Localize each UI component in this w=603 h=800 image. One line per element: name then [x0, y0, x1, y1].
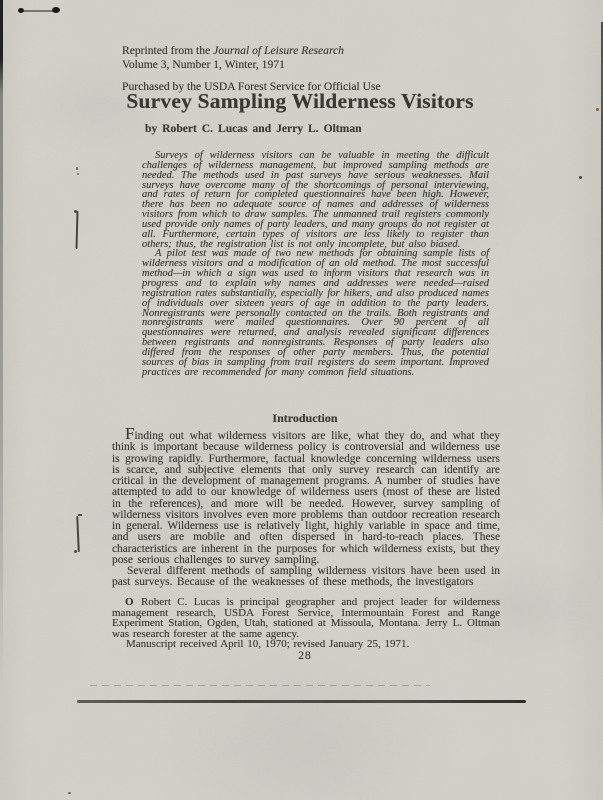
margin-pen-stroke-lower	[76, 516, 80, 552]
manuscript-line: Manuscript received April 10, 1970; revi…	[112, 639, 500, 650]
abstract: Surveys of wilderness visitors can be va…	[142, 151, 489, 377]
pen-dot-topleft-b	[52, 7, 60, 13]
footnote: O Robert C. Lucas is principal geographe…	[112, 597, 500, 650]
page-number: 28	[110, 650, 500, 662]
pen-dash-topleft	[23, 10, 53, 12]
scanned-journal-page: Reprinted from the Journal of Leisure Re…	[0, 0, 603, 800]
page-bottom-faint-line	[90, 685, 430, 686]
footnote-text: Robert C. Lucas is principal geographer …	[112, 596, 500, 640]
abstract-paragraph-2: A pilot test was made of two new methods…	[142, 249, 489, 377]
footnote-body: O Robert C. Lucas is principal geographe…	[112, 597, 500, 639]
red-ink-speck	[596, 108, 599, 111]
margin-pen-stroke-lower-dot	[74, 550, 77, 553]
intro-paragraph-2: Several different methods of sampling wi…	[112, 566, 500, 589]
intro-paragraph-1: Finding out what wilderness visitors are…	[112, 428, 500, 566]
photocopy-grain-texture	[0, 0, 603, 800]
margin-pen-stroke-lower-hook	[78, 514, 82, 516]
article-title: Survey Sampling Wilderness Visitors	[100, 89, 500, 114]
dark-speck	[579, 176, 582, 179]
abstract-paragraph-1: Surveys of wilderness visitors can be va…	[142, 151, 489, 249]
reprint-line: Reprinted from the Journal of Leisure Re…	[122, 44, 344, 71]
byline: by Robert C. Lucas and Jerry L. Oltman	[145, 122, 362, 135]
reprint-prefix: Reprinted from the	[122, 44, 213, 57]
volume-line: Volume 3, Number 1, Winter, 1971	[122, 58, 285, 71]
journal-name: Journal of Leisure Research	[213, 44, 344, 57]
margin-pen-stroke-upper-dot	[74, 210, 77, 213]
left-scan-edge-line	[0, 0, 3, 690]
margin-speck-a	[76, 167, 78, 170]
introduction-body: Finding out what wilderness visitors are…	[112, 428, 500, 589]
page-bottom-edge-line	[77, 700, 526, 703]
margin-pen-stroke-upper	[76, 211, 79, 249]
margin-speck-b	[77, 173, 79, 175]
introduction-heading: Introduction	[110, 411, 500, 426]
bottom-left-speck	[68, 792, 71, 794]
pen-dot-topleft-a	[18, 8, 24, 13]
paper-mottling	[0, 0, 603, 800]
